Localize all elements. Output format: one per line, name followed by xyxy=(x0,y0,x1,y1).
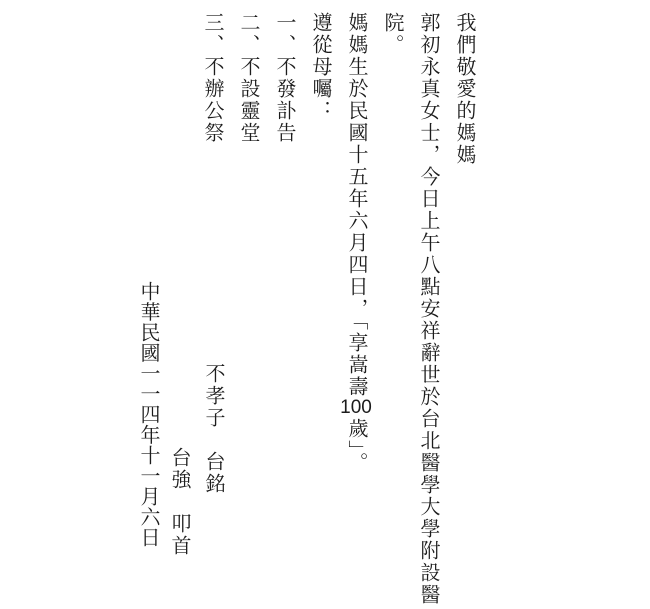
age-number: 100 xyxy=(340,398,372,418)
signature-prefix: 不孝子 xyxy=(202,363,224,429)
birth-line: 媽媽生於民國十五年六月四日，「享嵩壽100歲」。 xyxy=(338,12,374,608)
son1-name: 台銘 xyxy=(202,451,224,495)
signature-line-son2: 台強叩首 xyxy=(162,363,196,609)
instruction-item-2: 二、不設靈堂 xyxy=(230,12,266,608)
obituary-notice-page: 我們敬愛的媽媽 郭初永真女士，今日上午八點安祥辭世於台北醫學大學附設醫院。 媽媽… xyxy=(0,0,650,609)
signature-gap xyxy=(213,429,214,451)
announcement-line: 郭初永真女士，今日上午八點安祥辭世於台北醫學大學附設醫院。 xyxy=(374,12,446,608)
signature-line-son1: 不孝子台銘 xyxy=(196,363,230,609)
instruction-header: 遵從母囑： xyxy=(302,12,338,608)
instruction-item-1: 一、不發訃告 xyxy=(266,12,302,608)
birth-line-after-age: 歲」。 xyxy=(345,418,367,474)
signature-gap xyxy=(179,491,180,513)
birth-line-before-age: 媽媽生於民國十五年六月四日，「享嵩壽 xyxy=(345,12,367,398)
notice-body: 我們敬愛的媽媽 郭初永真女士，今日上午八點安祥辭世於台北醫學大學附設醫院。 媽媽… xyxy=(194,12,482,608)
signature-block: 不孝子台銘 台強叩首 xyxy=(162,363,230,609)
date-line: 中華民國一一四年十一月六日 xyxy=(130,281,166,581)
son2-name: 台強 xyxy=(168,447,190,491)
kowtow-salute: 叩首 xyxy=(168,513,190,557)
salutation-line: 我們敬愛的媽媽 xyxy=(446,12,482,608)
